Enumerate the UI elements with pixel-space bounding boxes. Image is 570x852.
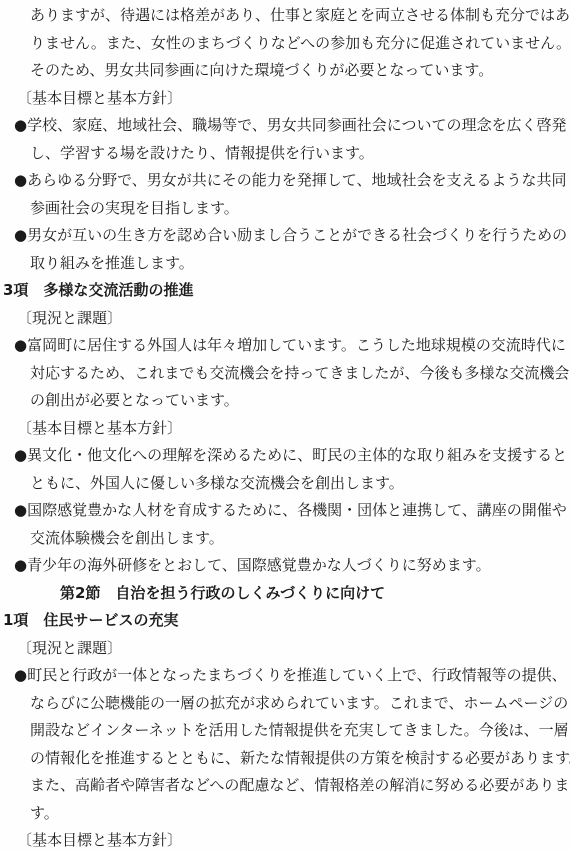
subheading-goals: 〔基本目標と基本方針〕	[0, 415, 570, 443]
paragraph-line: 取り組みを推進します。	[0, 250, 570, 278]
bullet-line: ●町民と行政が一体となったまちづくりを推進していく上で、行政情報等の提供、	[0, 662, 570, 690]
paragraph-line: りません。また、女性のまちづくりなどへの参加も充分に促進されていません。	[0, 30, 570, 58]
bullet-line: ●男女が互いの生き方を認め合い励まし合うことができる社会づくりを行うための	[0, 222, 570, 250]
paragraph-line: の創出が必要となっています。	[0, 387, 570, 415]
subheading-current: 〔現況と課題〕	[0, 305, 570, 333]
paragraph-line: 交流体験機会を創出します。	[0, 525, 570, 553]
bullet-line: ●青少年の海外研修をとおして、国際感覚豊かな人づくりに努めます。	[0, 552, 570, 580]
section-heading-2: 第2節 自治を担う行政のしくみづくりに向けて	[0, 580, 570, 608]
bullet-line: ●学校、家庭、地域社会、職場等で、男女共同参画社会についての理念を広く啓発	[0, 112, 570, 140]
bullet-line: ●富岡町に居住する外国人は年々増加しています。こうした地球規模の交流時代に	[0, 332, 570, 360]
paragraph-line: 参画社会の実現を目指します。	[0, 195, 570, 223]
subheading-goals: 〔基本目標と基本方針〕	[0, 85, 570, 113]
item-heading-1: 1項 住民サービスの充実	[0, 607, 570, 635]
bullet-line: ●国際感覚豊かな人材を育成するために、各機関・団体と連携して、講座の開催や	[0, 497, 570, 525]
bullet-line: ●あらゆる分野で、男女が共にその能力を発揮して、地域社会を支えるような共同	[0, 167, 570, 195]
paragraph-line: す。	[0, 800, 570, 828]
paragraph-line: し、学習する場を設けたり、情報提供を行います。	[0, 140, 570, 168]
item-heading-3: 3項 多様な交流活動の推進	[0, 277, 570, 305]
paragraph-line: ありますが、待遇には格差があり、仕事と家庭とを両立させる体制も充分ではあ	[0, 2, 570, 30]
bullet-line: ●異文化・他文化への理解を深めるために、町民の主体的な取り組みを支援すると	[0, 442, 570, 470]
paragraph-line: ならびに公聴機能の一層の拡充が求められています。これまで、ホームページの	[0, 690, 570, 718]
document-page: ありますが、待遇には格差があり、仕事と家庭とを両立させる体制も充分ではあ りませ…	[0, 0, 570, 852]
paragraph-line: 開設などインターネットを活用した情報提供を充実してきました。今後は、一層	[0, 717, 570, 745]
paragraph-line: そのため、男女共同参画に向けた環境づくりが必要となっています。	[0, 57, 570, 85]
paragraph-line: また、高齢者や障害者などへの配慮など、情報格差の解消に努める必要がありま	[0, 772, 570, 800]
subheading-goals: 〔基本目標と基本方針〕	[0, 827, 570, 852]
subheading-current: 〔現況と課題〕	[0, 635, 570, 663]
paragraph-line: 対応するため、これまでも交流機会を持ってきましたが、今後も多様な交流機会	[0, 360, 570, 388]
paragraph-line: ともに、外国人に優しい多様な交流機会を創出します。	[0, 470, 570, 498]
paragraph-line: の情報化を推進するとともに、新たな情報提供の方策を検討する必要があります。	[0, 745, 570, 773]
